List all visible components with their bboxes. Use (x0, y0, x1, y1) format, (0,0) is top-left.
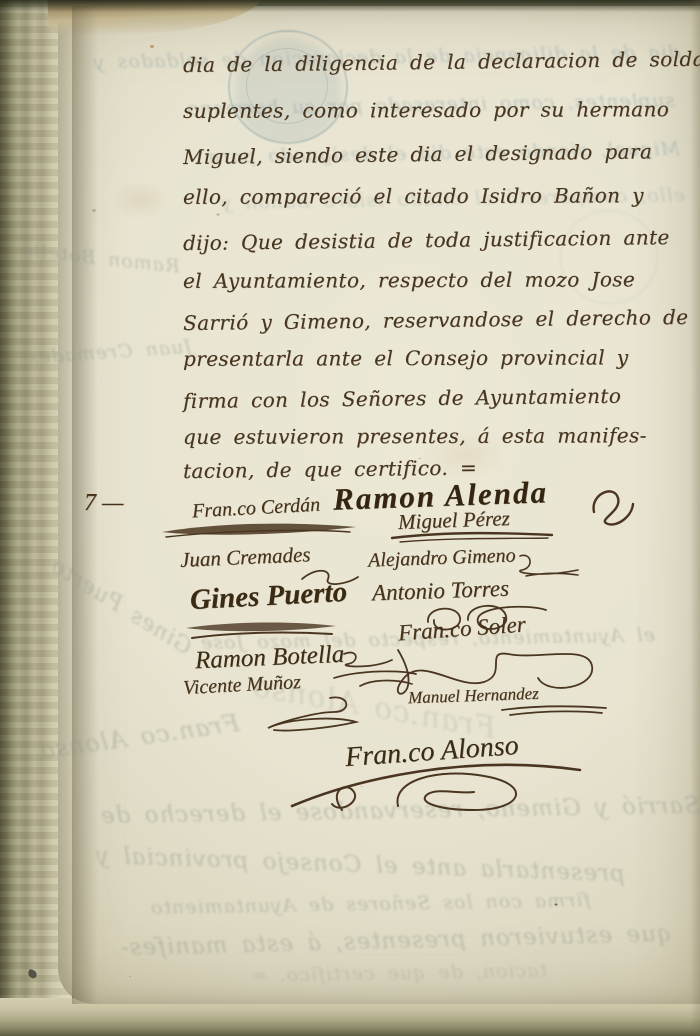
manuscript-line: presentarla ante el Consejo provincial y (183, 347, 683, 369)
manuscript-line: Sarrió y Gimeno, reservandose el derecho… (183, 307, 683, 333)
manuscript-photo: dia de la diligencia de la declaracion d… (0, 0, 700, 1036)
margin-mark: 7 — (84, 490, 123, 517)
top-binding-shadow (0, 0, 700, 12)
manuscript-line: ello, compareció el citado Isidro Bañon … (183, 185, 683, 207)
signature-antonio-torres: Antonio Torres (372, 576, 510, 607)
manuscript-line: firma con los Señores de Ayuntamiento (183, 385, 683, 411)
manuscript-line: el Ayuntamiento, respecto del mozo Jose (183, 269, 683, 291)
manuscript-line: suplentes, como interesado por su herman… (183, 99, 683, 121)
manuscript-line: que estuvieron presentes, á esta manifes… (183, 425, 683, 447)
manuscript-line: dijo: Que desistia de toda justificacion… (183, 227, 683, 253)
signature-miguel-perez: Miguel Pérez (398, 506, 511, 535)
right-edge-shadow (690, 0, 700, 1036)
manuscript-line: dia de la diligencia de la declaracion d… (183, 49, 683, 75)
manuscript-line: Miguel, siendo este dia el designado par… (183, 141, 683, 167)
foxing-specks (150, 45, 154, 48)
